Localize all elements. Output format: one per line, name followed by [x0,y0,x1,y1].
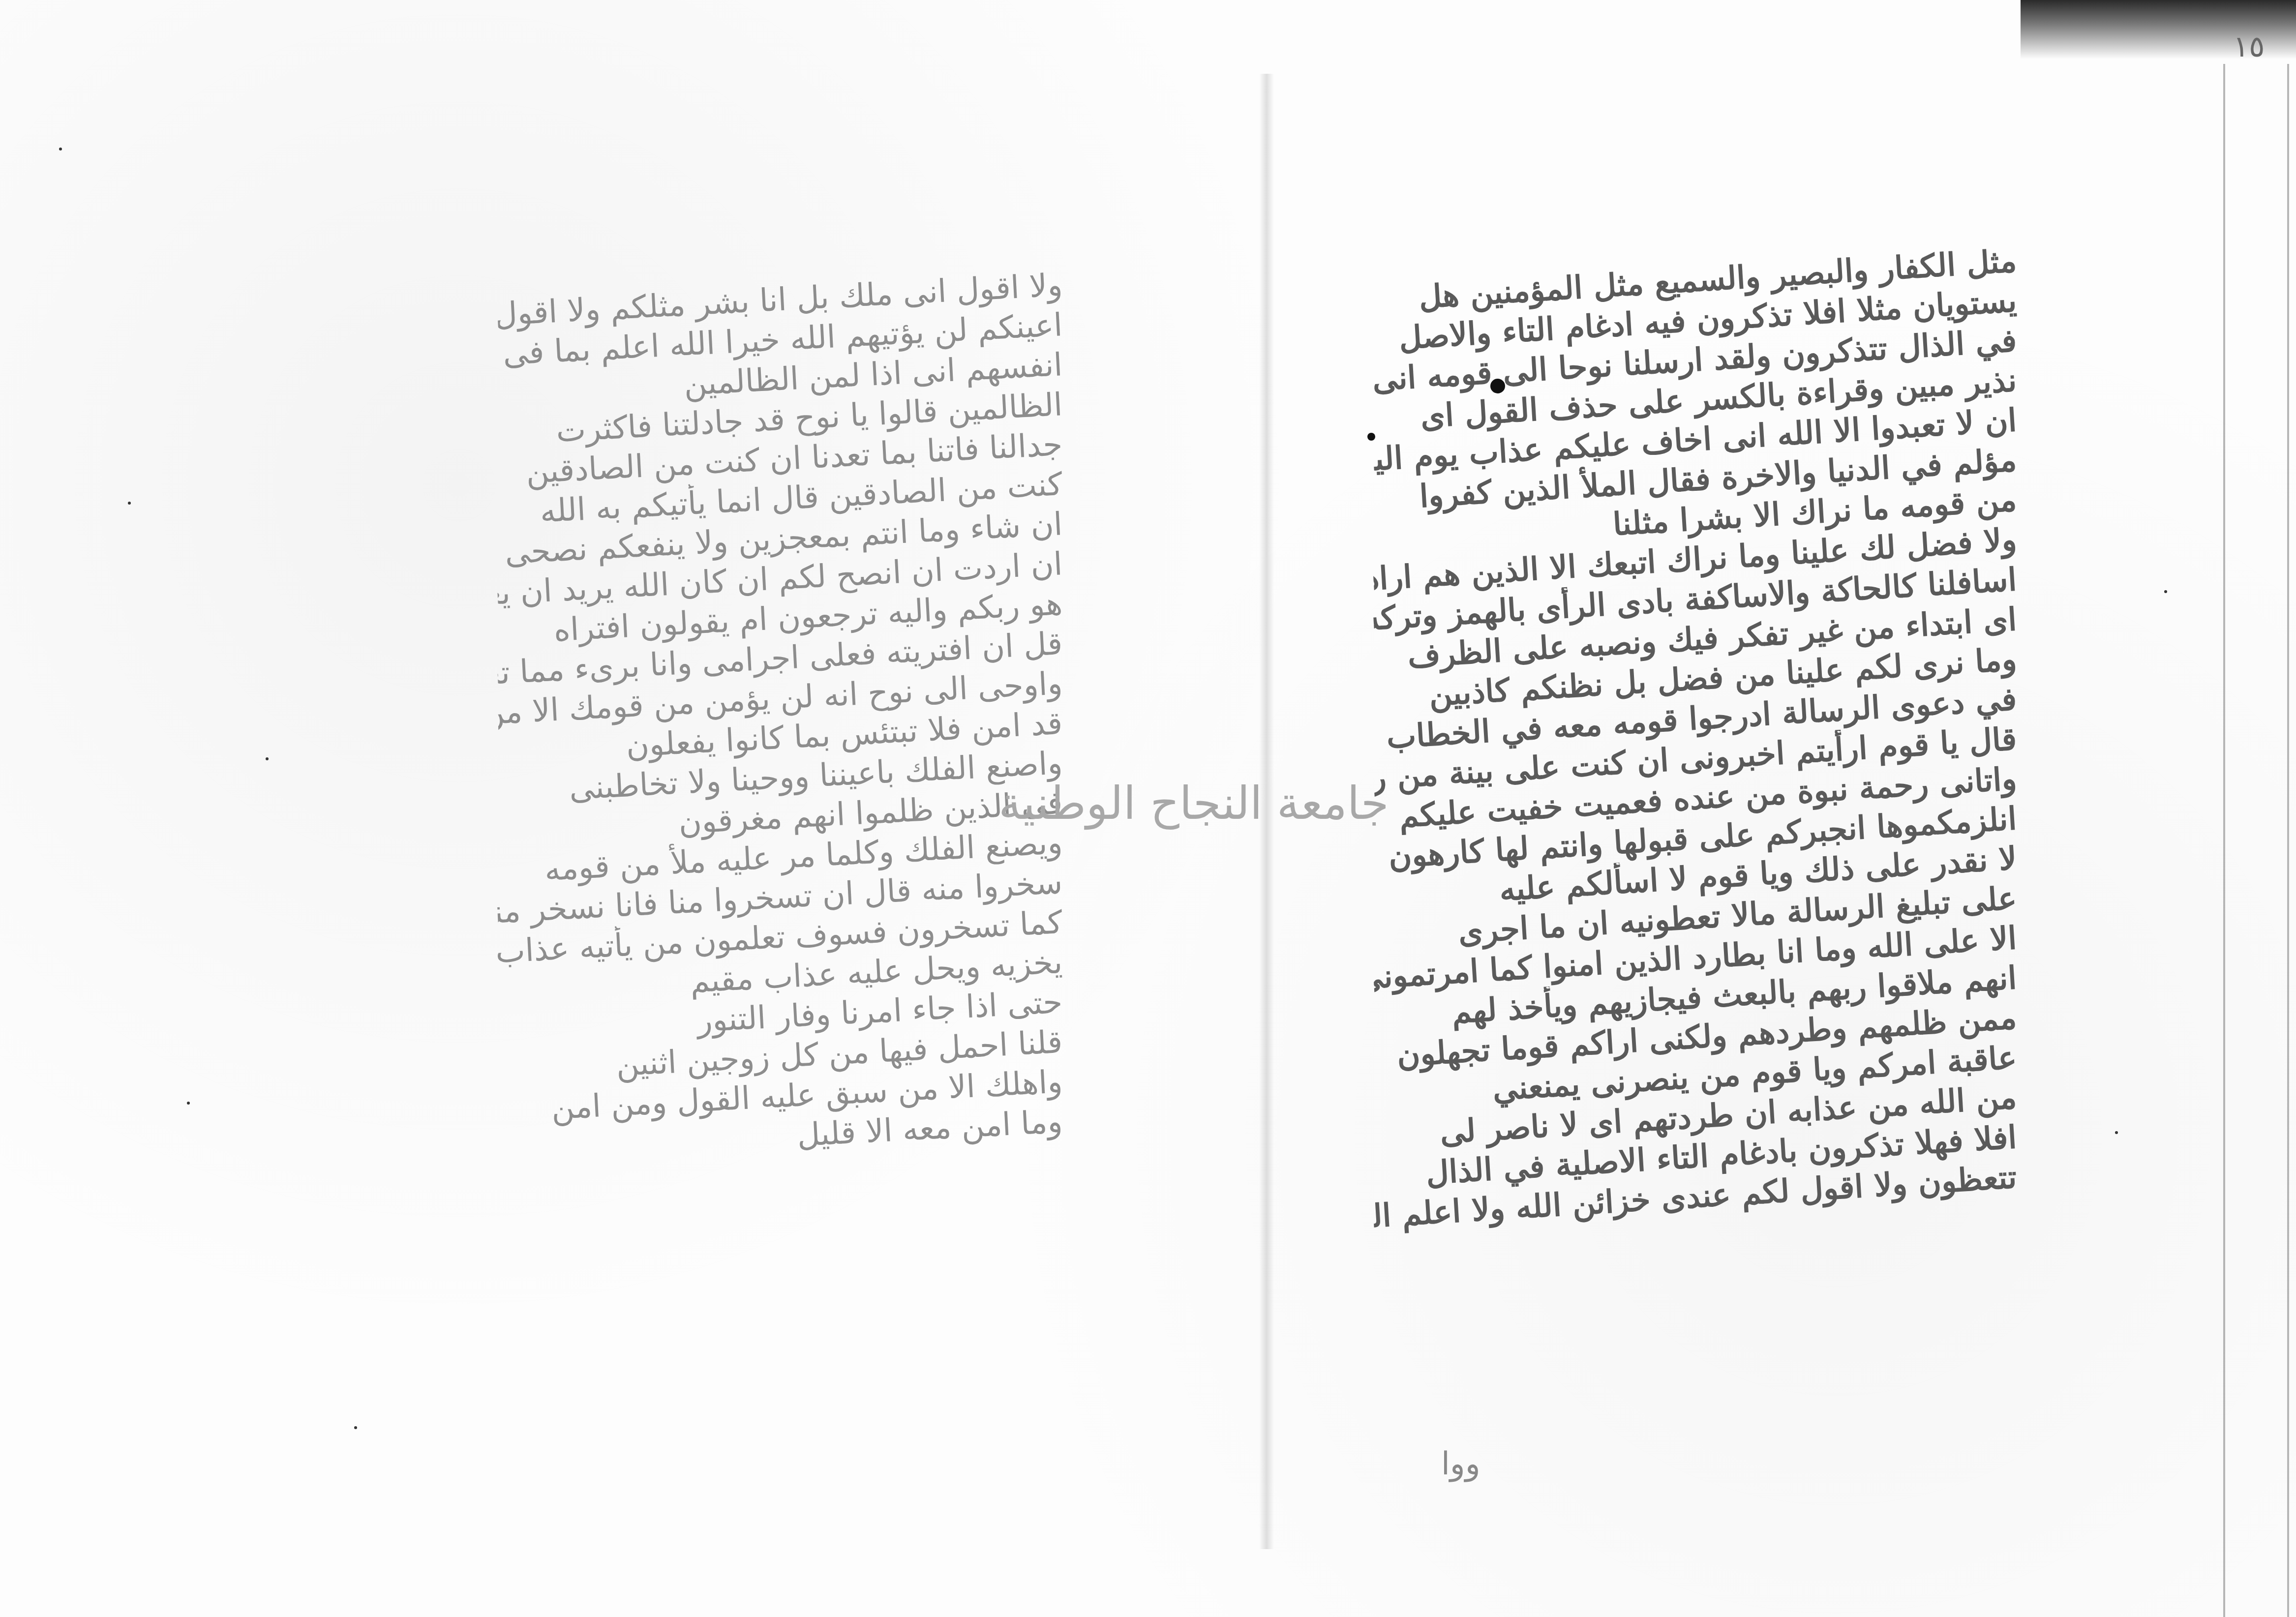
page-edge-line [2223,64,2225,1617]
scan-speck [2164,590,2167,593]
right-manuscript-page: مثل الكفار والبصير والسميع مثل المؤمنين … [1372,241,2017,1197]
catchword-mark: ووا [1441,1446,1480,1482]
scan-speck [187,1102,190,1105]
scan-speck [266,757,269,760]
ink-blot [1490,379,1505,393]
left-manuscript-page: ولا اقول انى ملك بل انا بشر مثلكم ولا اق… [497,266,1062,1142]
ink-blot [1367,433,1375,441]
scan-speck [354,1426,357,1429]
university-watermark: جامعة النجاح الوطنية [998,777,1389,830]
folio-number: ١٥ [2233,30,2265,64]
page-edge-line [2287,64,2289,1617]
scan-speck [2115,1131,2118,1134]
scan-speck [59,148,62,150]
scan-speck [128,502,131,505]
